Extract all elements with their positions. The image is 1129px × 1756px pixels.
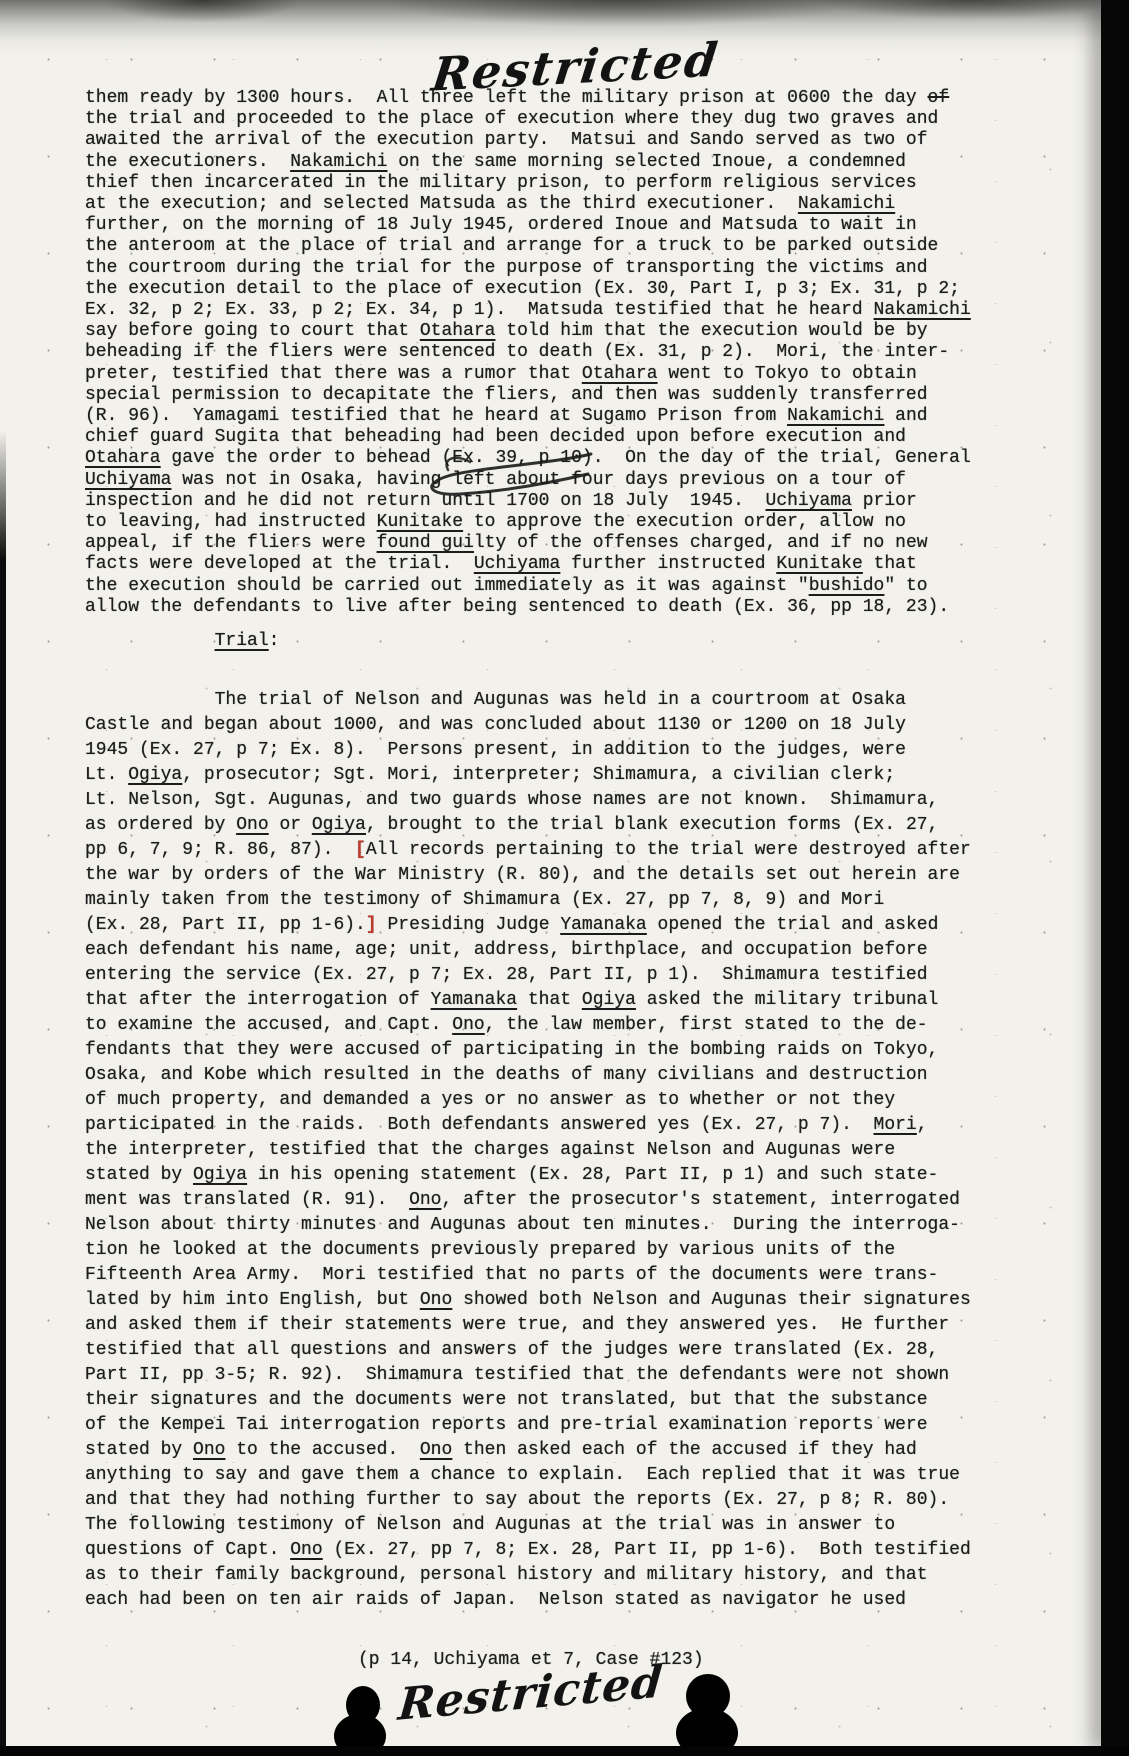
text-line: the trial and proceeded to the place of …: [85, 109, 971, 130]
scan-left-edge: [0, 430, 6, 1756]
ink-blot-right: [676, 1674, 742, 1756]
text-line: and that they had nothing further to say…: [85, 1488, 971, 1513]
text-line: say before going to court that Otahara t…: [85, 321, 971, 342]
text-line: Otahara gave the order to behead (Ex. 39…: [85, 448, 971, 469]
text-line: their signatures and the documents were …: [85, 1388, 971, 1413]
document-page: Restricted them ready by 1300 hours. All…: [0, 0, 1129, 1756]
text-line: entering the service (Ex. 27, p 7; Ex. 2…: [85, 963, 971, 988]
text-line: mainly taken from the testimony of Shima…: [85, 888, 971, 913]
text-line: Uchiyama was not in Osaka, having left a…: [85, 470, 971, 491]
text-line: (Ex. 28, Part II, pp 1-6).] Presiding Ju…: [85, 913, 971, 938]
text-line: the anteroom at the place of trial and a…: [85, 236, 971, 257]
scan-bottom-edge: [0, 1746, 1129, 1756]
text-line: appeal, if the fliers were found guilty …: [85, 533, 971, 554]
text-line: each had been on ten air raids of Japan.…: [85, 1588, 971, 1613]
text-line: chief guard Sugita that beheading had be…: [85, 427, 971, 448]
text-line: as ordered by Ono or Ogiya, brought to t…: [85, 813, 971, 838]
text-line: thief then incarcerated in the military …: [85, 173, 971, 194]
text-line: fendants that they were accused of parti…: [85, 1038, 971, 1063]
text-line: The following testimony of Nelson and Au…: [85, 1513, 971, 1538]
text-line: further, on the morning of 18 July 1945,…: [85, 215, 971, 236]
text-line: at the execution; and selected Matsuda a…: [85, 194, 971, 215]
text-line: the executioners. Nakamichi on the same …: [85, 152, 971, 173]
text-line: preter, testified that there was a rumor…: [85, 364, 971, 385]
text-line: questions of Capt. Ono (Ex. 27, pp 7, 8;…: [85, 1538, 971, 1563]
text-line: testified that all questions and answers…: [85, 1338, 971, 1363]
text-line: Nelson about thirty minutes and Augunas …: [85, 1213, 971, 1238]
text-line: the execution should be carried out imme…: [85, 576, 971, 597]
text-line: Osaka, and Kobe which resulted in the de…: [85, 1063, 971, 1088]
text-line: Ex. 32, p 2; Ex. 33, p 2; Ex. 34, p 1). …: [85, 300, 971, 321]
text-line: and asked them if their statements were …: [85, 1313, 971, 1338]
text-line: 1945 (Ex. 27, p 7; Ex. 8). Persons prese…: [85, 738, 971, 763]
text-line: stated by Ono to the accused. Ono then a…: [85, 1438, 971, 1463]
text-line: tion he looked at the documents previous…: [85, 1238, 971, 1263]
text-line: the war by orders of the War Ministry (R…: [85, 863, 971, 888]
text-line: ment was translated (R. 91). Ono, after …: [85, 1188, 971, 1213]
text-line: that after the interrogation of Yamanaka…: [85, 988, 971, 1013]
trial-section-heading: Trial:: [85, 630, 279, 652]
text-line: of the Kempei Tai interrogation reports …: [85, 1413, 971, 1438]
text-line: awaited the arrival of the execution par…: [85, 130, 971, 151]
text-line: participated in the raids. Both defendan…: [85, 1113, 971, 1138]
text-line: (R. 96). Yamagami testified that he hear…: [85, 406, 971, 427]
text-line: Part II, pp 3-5; R. 92). Shimamura testi…: [85, 1363, 971, 1388]
text-line: inspection and he did not return until 1…: [85, 491, 971, 512]
text-line: Fifteenth Area Army. Mori testified that…: [85, 1263, 971, 1288]
text-line: beheading if the fliers were sentenced t…: [85, 342, 971, 363]
text-line: allow the defendants to live after being…: [85, 597, 971, 618]
text-line: The trial of Nelson and Augunas was held…: [85, 688, 971, 713]
scan-right-edge: [1101, 0, 1129, 1756]
text-line: special permission to decapitate the fli…: [85, 385, 971, 406]
text-line: them ready by 1300 hours. All three left…: [85, 88, 971, 109]
text-line: the courtroom during the trial for the p…: [85, 258, 971, 279]
text-line: as to their family background, personal …: [85, 1563, 971, 1588]
text-line: the execution detail to the place of exe…: [85, 279, 971, 300]
text-line: stated by Ogiya in his opening statement…: [85, 1163, 971, 1188]
text-line: Trial:: [85, 630, 279, 652]
paragraph-trial: The trial of Nelson and Augunas was held…: [85, 688, 971, 1613]
text-line: Lt. Nelson, Sgt. Augunas, and two guards…: [85, 788, 971, 813]
paragraph-execution: them ready by 1300 hours. All three left…: [85, 88, 971, 618]
text-line: pp 6, 7, 9; R. 86, 87). [All records per…: [85, 838, 971, 863]
text-line: Castle and began about 1000, and was con…: [85, 713, 971, 738]
text-line: lated by him into English, but Ono showe…: [85, 1288, 971, 1313]
text-line: each defendant his name, age; unit, addr…: [85, 938, 971, 963]
text-line: facts were developed at the trial. Uchiy…: [85, 554, 971, 575]
text-line: Lt. Ogiya, prosecutor; Sgt. Mori, interp…: [85, 763, 971, 788]
text-line: to leaving, had instructed Kunitake to a…: [85, 512, 971, 533]
text-line: of much property, and demanded a yes or …: [85, 1088, 971, 1113]
text-line: the interpreter, testified that the char…: [85, 1138, 971, 1163]
text-line: to examine the accused, and Capt. Ono, t…: [85, 1013, 971, 1038]
text-line: anything to say and gave them a chance t…: [85, 1463, 971, 1488]
